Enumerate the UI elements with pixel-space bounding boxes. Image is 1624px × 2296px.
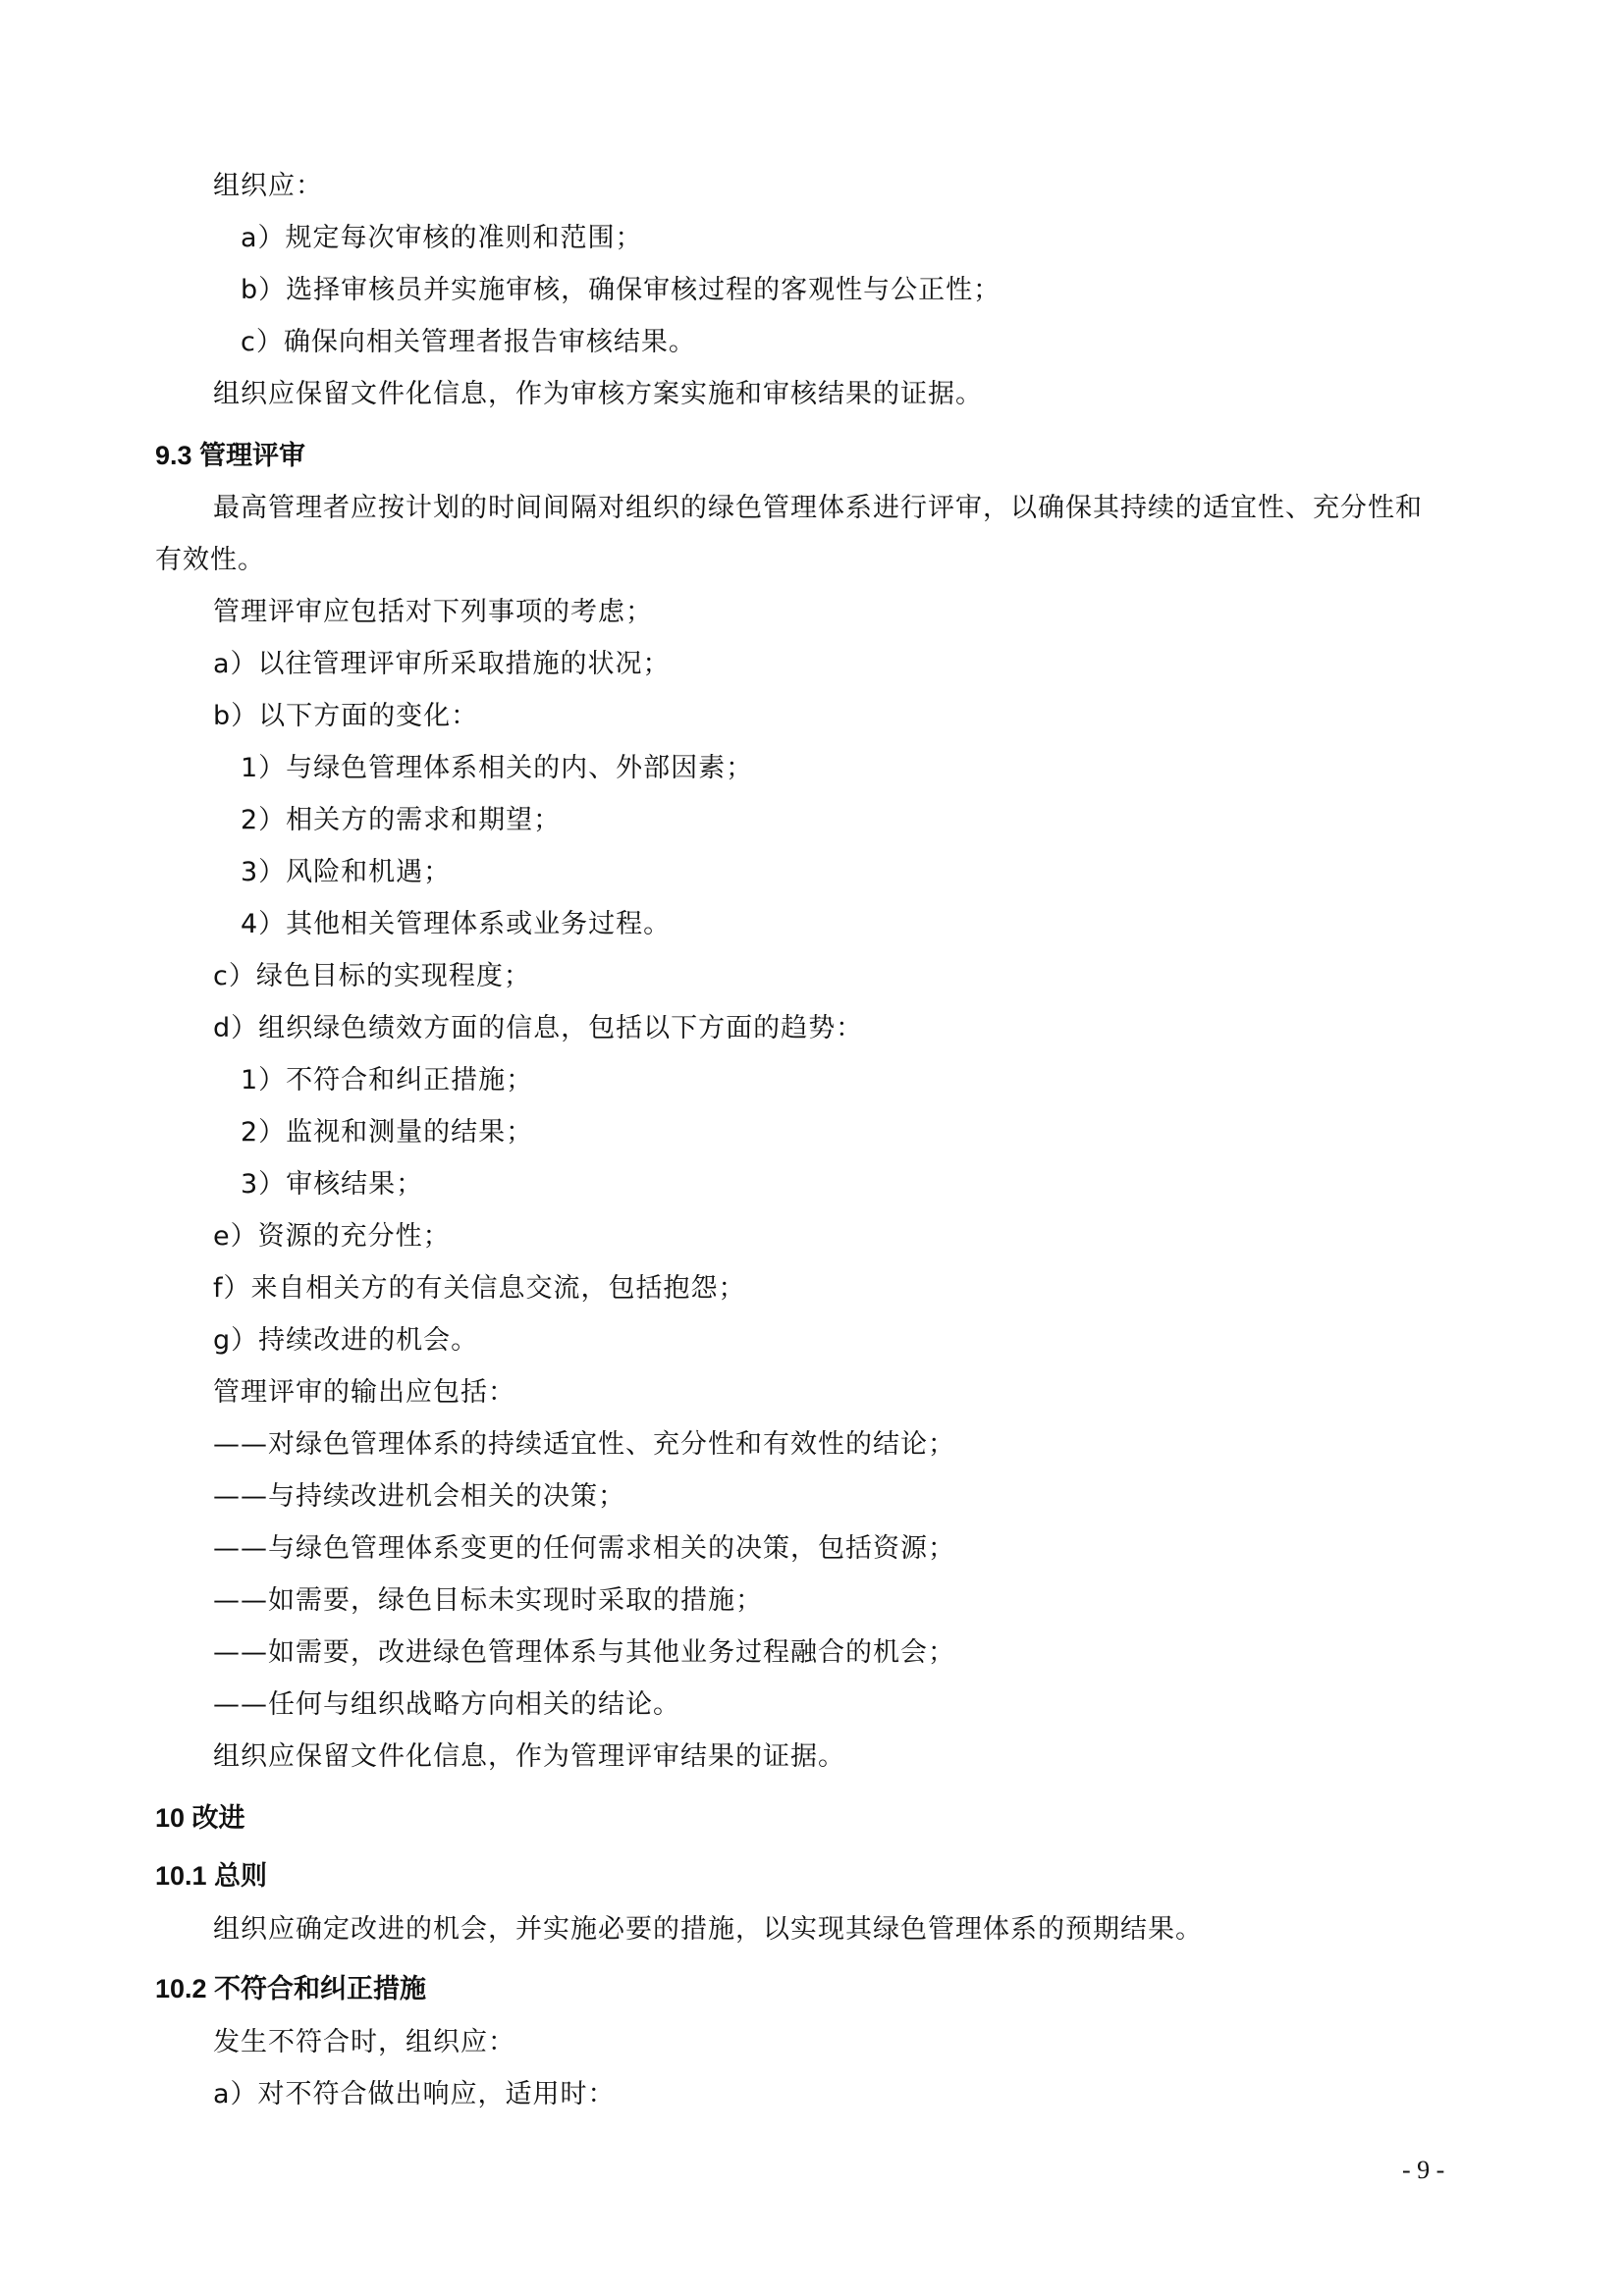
paragraph-line: 管理评审的输出应包括： [213,1375,515,1411]
list-item: b）以下方面的变化： [213,699,478,734]
section-heading: 9.3 管理评审 [155,438,305,473]
section-heading: 10.2 不符合和纠正措施 [155,1971,426,2006]
sub-list-item: 2）相关方的需求和期望； [241,803,561,838]
dash-list-item: ——任何与组织战略方向相关的结论。 [213,1687,680,1723]
dash-list-item: ——与持续改进机会相关的决策； [213,1479,625,1515]
dash-list-item: ——对绿色管理体系的持续适宜性、充分性和有效性的结论； [213,1427,955,1463]
dash-list-item: ——如需要，改进绿色管理体系与其他业务过程融合的机会； [213,1635,955,1671]
dash-list-item: ——与绿色管理体系变更的任何需求相关的决策，包括资源； [213,1531,955,1567]
sub-list-item: 1）与绿色管理体系相关的内、外部因素； [241,751,753,786]
paragraph-line: 组织应保留文件化信息，作为管理评审结果的证据。 [213,1739,845,1775]
list-item: a）以往管理评审所采取措施的状况； [213,647,671,682]
paragraph-line: 组织应： [213,169,323,204]
paragraph-line: 管理评审应包括对下列事项的考虑； [213,595,653,630]
paragraph-line: 组织应确定改进的机会，并实施必要的措施，以实现其绿色管理体系的预期结果。 [213,1912,1203,1948]
paragraph-line: 有效性。 [155,543,265,578]
list-item: c）确保向相关管理者报告审核结果。 [241,325,696,360]
list-item: f）来自相关方的有关信息交流，包括抱怨； [213,1271,746,1307]
sub-list-item: 2）监视和测量的结果； [241,1115,533,1150]
list-item: g）持续改进的机会。 [213,1323,478,1359]
list-item: a）规定每次审核的准则和范围； [241,221,643,256]
list-item: b）选择审核员并实施审核，确保审核过程的客观性与公正性； [241,273,1001,308]
paragraph-line: 组织应保留文件化信息，作为审核方案实施和审核结果的证据。 [213,377,983,412]
list-item: e）资源的充分性； [213,1219,451,1255]
sub-list-item: 3）审核结果； [241,1167,423,1202]
sub-list-item: 4）其他相关管理体系或业务过程。 [241,907,671,942]
list-item: d）组织绿色绩效方面的信息，包括以下方面的趋势： [213,1011,863,1046]
page-number: - 9 - [1402,2156,1444,2185]
sub-list-item: 3）风险和机遇； [241,855,451,890]
sub-list-item: 1）不符合和纠正措施； [241,1063,533,1098]
section-heading: 10.1 总则 [155,1858,267,1894]
dash-list-item: ——如需要，绿色目标未实现时采取的措施； [213,1583,763,1619]
section-heading: 10 改进 [155,1800,245,1836]
paragraph-line: 最高管理者应按计划的时间间隔对组织的绿色管理体系进行评审，以确保其持续的适宜性、… [213,491,1423,526]
paragraph-line: 发生不符合时，组织应： [213,2025,515,2060]
list-item: a）对不符合做出响应，适用时： [213,2077,616,2112]
list-item: c）绿色目标的实现程度； [213,959,531,994]
